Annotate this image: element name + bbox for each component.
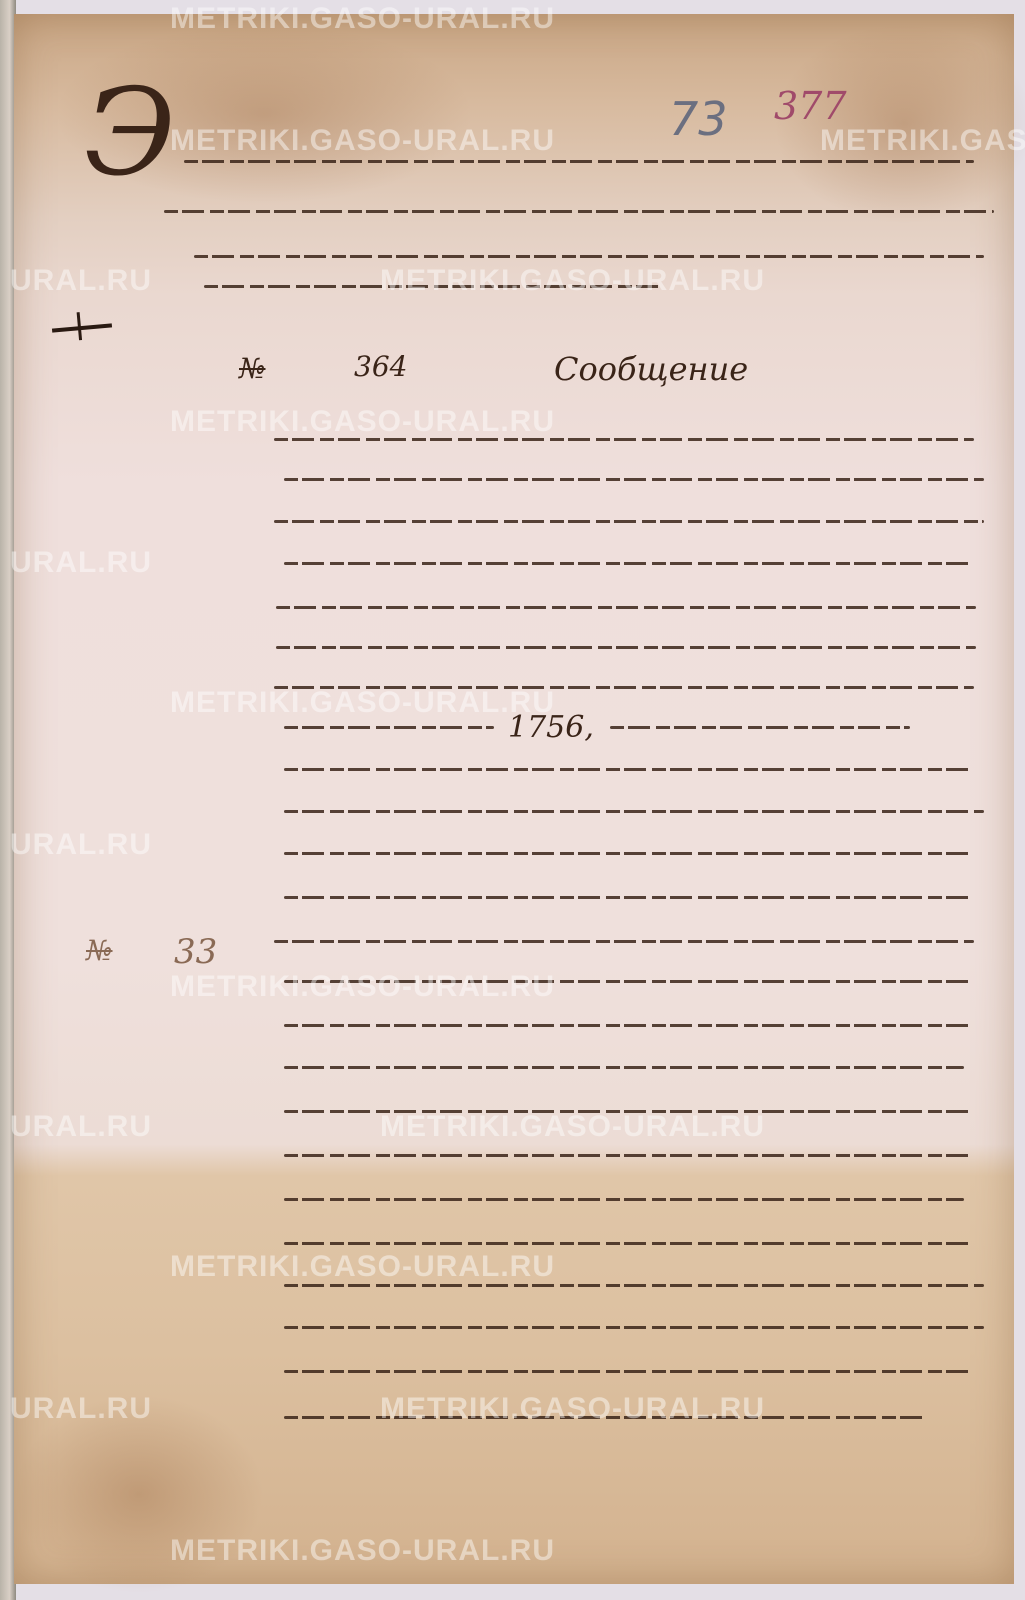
folio-number-red: 377 bbox=[774, 84, 847, 128]
watermark-fragment: URAL.RU bbox=[10, 1110, 152, 1144]
body-line bbox=[276, 590, 976, 624]
margin-number-33: 33 bbox=[174, 932, 217, 972]
body-line bbox=[284, 546, 974, 580]
decorative-initial: Э bbox=[84, 64, 176, 203]
body-line bbox=[284, 1354, 974, 1388]
body-line bbox=[284, 752, 974, 786]
watermark-fragment: URAL.RU bbox=[10, 828, 152, 862]
body-line bbox=[274, 924, 974, 958]
body-line bbox=[284, 836, 974, 870]
body-line bbox=[276, 630, 976, 664]
body-line bbox=[274, 504, 984, 538]
body-line bbox=[284, 1050, 964, 1084]
watermark: METRIKI.GASO-URAL.RU bbox=[170, 1534, 555, 1568]
struck-number: № bbox=[239, 352, 266, 385]
watermark: METRIKI.GASO-URAL.RU bbox=[170, 2, 555, 36]
margin-cross-mark bbox=[52, 323, 112, 332]
watermark: METRIKI.GASO-URAL.RU bbox=[380, 1110, 765, 1144]
title-line-2 bbox=[164, 194, 994, 228]
watermark: METRIKI.GASO-URAL.RU bbox=[170, 124, 555, 158]
body-line bbox=[284, 1310, 984, 1344]
section-heading: Сообщение bbox=[554, 350, 748, 388]
watermark: METRIKI.GASO-URAL.RU bbox=[170, 1250, 555, 1284]
folio-number-pencil: 73 bbox=[669, 92, 728, 146]
watermark: METRIKI.GASO-URAL.RU bbox=[170, 970, 555, 1004]
watermark-fragment: URAL.RU bbox=[10, 1392, 152, 1426]
body-line bbox=[284, 1182, 964, 1216]
body-line bbox=[284, 1008, 974, 1042]
margin-number-364: 364 bbox=[354, 350, 407, 383]
watermark: METRIKI.GASO-URAL.RU bbox=[170, 405, 555, 439]
body-line bbox=[284, 794, 984, 828]
watermark: METRIKI.GASO-URAL.RU bbox=[380, 264, 765, 298]
watermark-fragment: URAL.RU bbox=[10, 546, 152, 580]
watermark: METRIKI.GASO-URAL.RU bbox=[380, 1392, 765, 1426]
watermark: METRIKI.GASO-URAL.RU bbox=[170, 686, 555, 720]
struck-number: № bbox=[86, 934, 113, 967]
body-line bbox=[284, 462, 984, 496]
manuscript-page: 73 377 Э № 364 Сообщение 1756, № 33 bbox=[14, 14, 1014, 1584]
watermark: METRIKI.GASO-URAL.RU bbox=[820, 124, 1025, 158]
watermark-fragment: URAL.RU bbox=[10, 264, 152, 298]
body-line bbox=[284, 880, 974, 914]
